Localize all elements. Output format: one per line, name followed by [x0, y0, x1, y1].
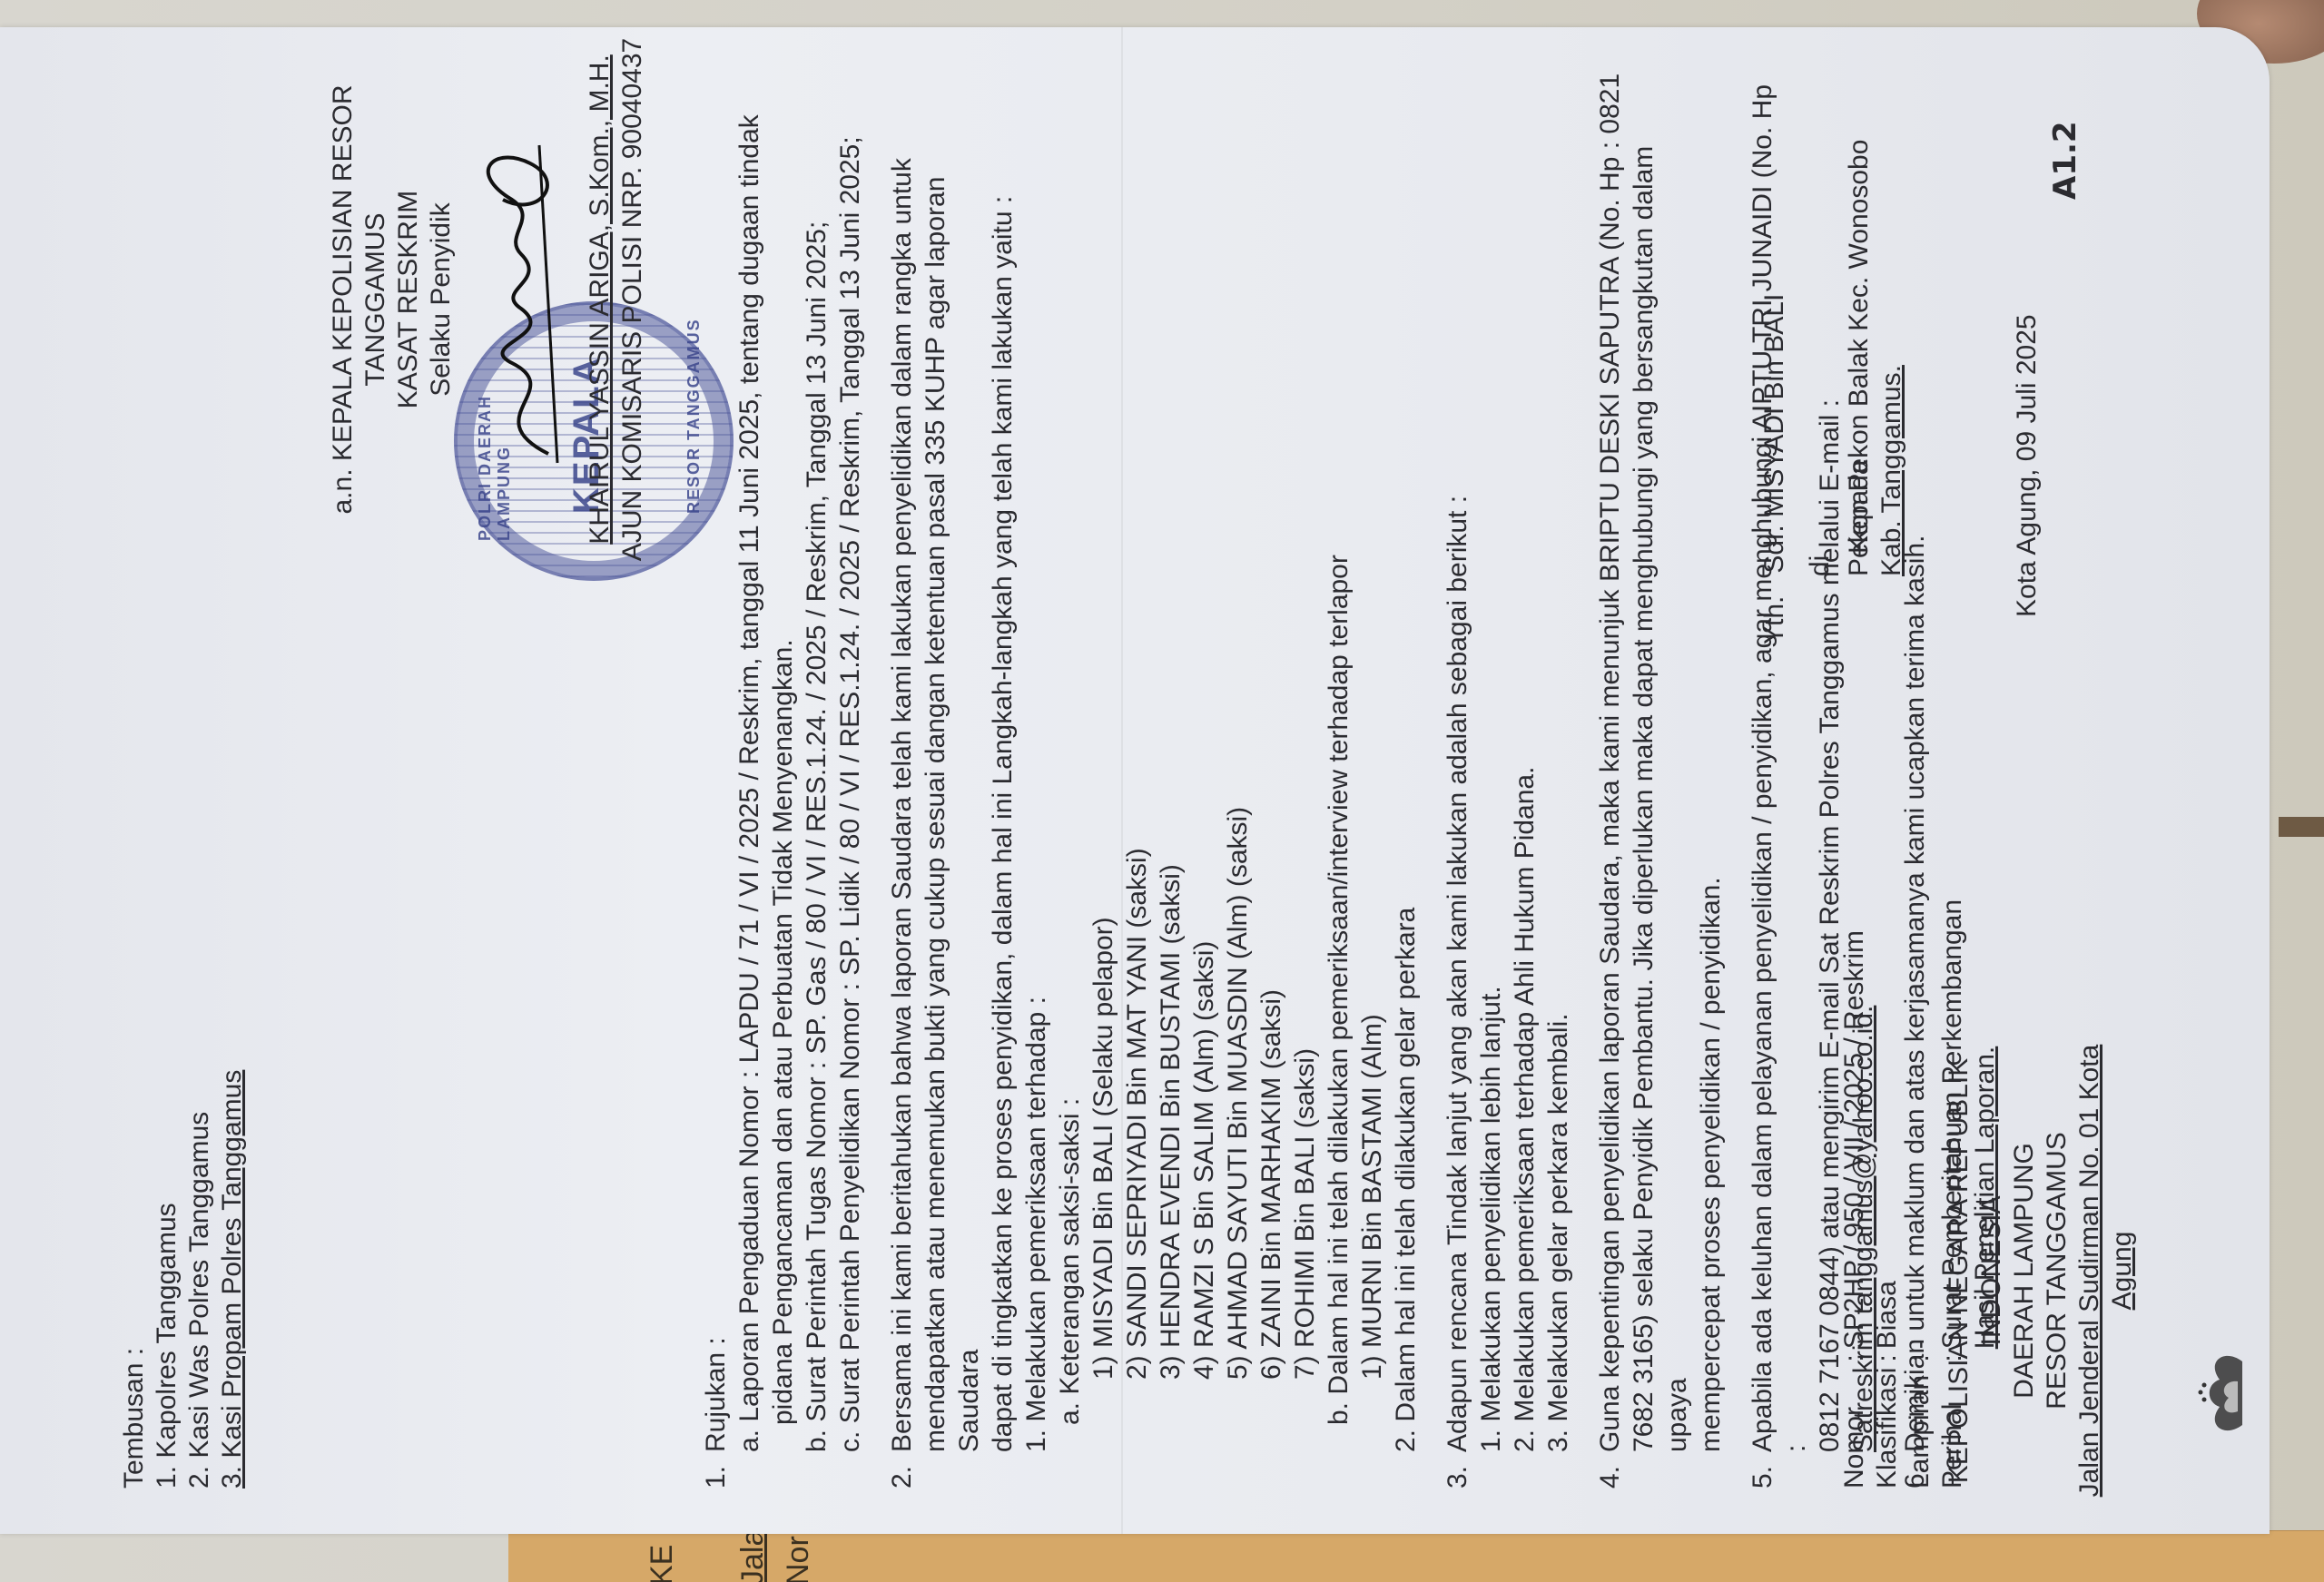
witness-item: 4) RAMZI S Bin SALIM (Alm) (saksi): [1187, 73, 1221, 1380]
signature-role: Selaku Penyidik: [425, 27, 458, 572]
section-title: Rujukan :: [699, 1337, 733, 1452]
section-number: 3.: [1441, 1452, 1474, 1489]
paragraph-line: 7682 3165) selaku Penyidik Pembantu. Jik…: [1627, 73, 1694, 1489]
closing-text: Demikian untuk maklum dan atas kerjasama…: [1898, 536, 1932, 1452]
item-label: c.: [835, 1431, 865, 1452]
org-unit: RESOR TANGGAMUS: [2041, 1035, 2073, 1507]
section-followup: 3.Adapun rencana Tindak lanjut yang akan…: [1441, 73, 1575, 1489]
signature-block: a.n. KEPALA KEPOLISIAN RESOR TANGGAMUS K…: [327, 27, 649, 572]
section-title: Adapun rencana Tindak lanjut yang akan k…: [1441, 496, 1474, 1452]
perihal-line2: Hasil Penelitian Laporan.: [1969, 899, 2002, 1349]
step-item: 2. Dalam hal ini telah dilakukan gelar p…: [1389, 73, 1423, 1489]
section-complaints: 5.Apabila ada keluhan dalam pelayanan pe…: [1746, 73, 1880, 1489]
paragraph-line: mendapatkan atau menemukan bukti yang cu…: [919, 73, 986, 1489]
section-investigator: 4.Guna kepentingan penyelidikan laporan …: [1593, 73, 1728, 1489]
envelope-text: KE: [645, 1545, 680, 1582]
signatory-rank: AJUN KOMISARIS POLISI NRP. 90040437: [616, 27, 649, 572]
item-text-cont: pidana Pengancaman dan atau Perbuatan Ti…: [766, 73, 800, 1489]
signature-position: KASAT RESKRIM: [392, 27, 425, 572]
letter-page: KEPOLISIAN NEGARA REPUBLIK INDONESIA DAE…: [0, 27, 2270, 1534]
followup-item: 3. Melakukan gelar perkara kembali.: [1541, 73, 1575, 1489]
police-crest-icon: [2197, 1343, 2260, 1443]
signatory-name: KHAIRUL YASSIN ARIGA, S.Kom., M.H.: [584, 27, 616, 572]
envelope-text: Nor: [781, 1536, 816, 1582]
tembusan-title: Tembusan :: [118, 1070, 151, 1489]
paragraph-line: 0812 7167 0844) atau mengirim E-mail Sat…: [1813, 73, 1846, 1489]
form-code: A1.2: [2047, 121, 2083, 200]
envelope-behind: KE Jala Nor: [508, 1530, 2324, 1582]
paragraph-line: Apabila ada keluhan dalam pelayanan peny…: [1746, 73, 1813, 1452]
item-label: b.: [802, 1430, 832, 1452]
section-number: 5.: [1746, 1452, 1813, 1489]
section-closing: 6.Demikian untuk maklum dan atas kerjasa…: [1898, 73, 1932, 1489]
witness-item: 5) AHMAD SAYUTI Bin MUASDIN (Alm) (saksi…: [1221, 73, 1255, 1380]
background-object: [2279, 817, 2324, 837]
tembusan-item: 2. Kasi Was Polres Tanggamus: [183, 1070, 216, 1489]
reported-item: 1) MURNI Bin BASTAMI (Alm): [1355, 73, 1389, 1489]
paragraph-line: Bersama ini kami beritahukan bahwa lapor…: [885, 158, 919, 1452]
signature-title: a.n. KEPALA KEPOLISIAN RESOR TANGGAMUS: [327, 27, 392, 572]
step-item: 1. Melakukan pemeriksaan terhadap :: [1019, 73, 1053, 1489]
paragraph-line: mempercepat proses penyelidikan / penyid…: [1694, 73, 1728, 1489]
letter-date: Kota Agung, 09 Juli 2025: [2011, 314, 2043, 617]
stamp-ring-bottom: RESOR TANGGAMUS: [684, 318, 704, 514]
handwritten-signature-icon: [458, 127, 576, 472]
followup-item: 2. Melakukan pemeriksaan terhadap Ahli H…: [1508, 73, 1541, 1489]
item-label: a.: [734, 1430, 764, 1452]
section-number: 4.: [1593, 1452, 1627, 1489]
paragraph-line: Guna kepentingan penyelidikan laporan Sa…: [1593, 74, 1627, 1452]
org-address: Jalan Jenderal Sudirman No. 01 Kota Agun…: [2073, 1035, 2139, 1507]
witness-item: 2) SANDI SEPRIYADI Bin MAT YANI (saksi): [1120, 73, 1154, 1380]
paragraph-line: dapat di tingkatkan ke proses penyidikan…: [986, 73, 1019, 1489]
carbon-copy-list: Tembusan : 1. Kapolres Tanggamus 2. Kasi…: [118, 1070, 249, 1489]
item-text: Laporan Pengaduan Nomor : LAPDU / 71 / V…: [734, 114, 764, 1421]
letter-body: 1.Rujukan : a. Laporan Pengaduan Nomor :…: [699, 73, 1950, 1489]
witness-item: 1) MISYADI Bin BALI (Selaku pelapor): [1087, 73, 1120, 1380]
followup-item: 1. Melakukan penyelidikan lebih lanjut.: [1474, 73, 1508, 1489]
envelope-text: Jala: [735, 1529, 771, 1582]
section-number: 6.: [1898, 1452, 1932, 1489]
email-link[interactable]: Satreskrim tanggamus@yahoo.co.id.: [1846, 73, 1880, 1489]
org-region: DAERAH LAMPUNG: [2008, 1035, 2041, 1507]
item-text: Surat Perintah Penyelidikan Nomor : SP. …: [835, 136, 865, 1423]
section-number: 2.: [885, 1452, 919, 1489]
sub-item: b. Dalam hal ini telah dilakukan pemerik…: [1322, 73, 1355, 1489]
tembusan-item: 1. Kapolres Tanggamus: [151, 1070, 183, 1489]
section-progress: 2.Bersama ini kami beritahukan bahwa lap…: [885, 73, 1423, 1489]
section-number: 1.: [699, 1452, 733, 1489]
witness-item: 3) HENDRA EVENDI Bin BUSTAMI (saksi): [1154, 73, 1187, 1380]
sub-item: a. Keterangan saksi-saksi :: [1053, 73, 1087, 1489]
witness-item: 6) ZAINI Bin MARHAKIM (saksi): [1255, 73, 1288, 1380]
section-rujukan: 1.Rujukan : a. Laporan Pengaduan Nomor :…: [699, 73, 867, 1489]
witness-item: 7) ROHIMI Bin BALI (saksi): [1288, 73, 1322, 1380]
item-text: Surat Perintah Tugas Nomor : SP. Gas / 8…: [802, 221, 832, 1422]
tembusan-item: 3. Kasi Propam Polres Tanggamus: [216, 1070, 249, 1489]
